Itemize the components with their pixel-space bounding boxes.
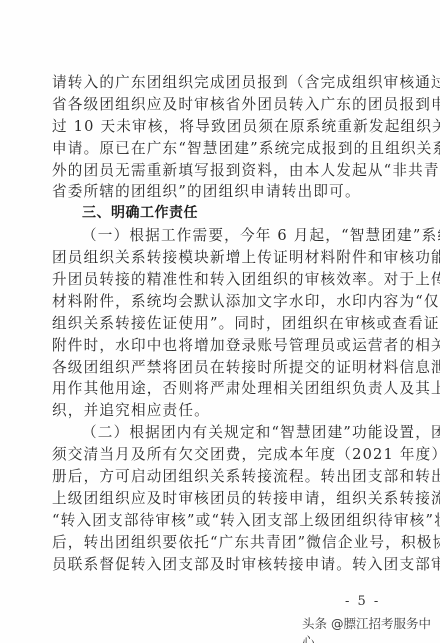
- text-line: 外的团员无需重新填写报到资料，由本人发起从“非共青团广东: [52, 160, 396, 182]
- paragraph-2-line: 上级团组织应及时审核团员的转接申请，组织关系转接流程进入: [52, 488, 396, 510]
- paragraph-2-line: 后，转出团组织要依托“广东共青团”微信企业号，积极协助团: [52, 532, 396, 554]
- page-number: - 5 -: [345, 594, 380, 609]
- paragraph-1-line: 升团员转接的精准性和转入团组织的审核效率。对于上传的证明: [52, 269, 396, 291]
- section-heading: 三、明确工作责任: [52, 203, 396, 225]
- text-line: 请转入的广东团组织完成团员报到（含完成组织审核通过）。全: [52, 72, 396, 94]
- text-line: 过 10 天未审核，将导致团员须在原系统重新发起组织关系转接: [52, 116, 396, 138]
- paragraph-1-line: （一）根据工作需要，今年 6 月起，“智慧团建”系统将在: [52, 225, 396, 247]
- document-body: 请转入的广东团组织完成团员报到（含完成组织审核通过）。全 省各级团组织应及时审核…: [52, 72, 396, 575]
- document-page: 请转入的广东团组织完成团员报到（含完成组织审核通过）。全 省各级团组织应及时审核…: [0, 0, 440, 643]
- paragraph-1-line: 用作其他用途，否则将严肃处理相关团组织负责人及其上级团组: [52, 378, 396, 400]
- source-watermark: 头条 @膘江招考服务中心: [302, 614, 440, 643]
- paragraph-1-line: 附件时，水印中也将增加登录账号管理员或运营者的相关信息。: [52, 335, 396, 357]
- paragraph-1-line: 各级团组织严禁将团员在转接时所提交的证明材料信息泄露或: [52, 357, 396, 379]
- paragraph-1-line: 团员组织关系转接模块新增上传证明材料附件和审核功能，以提: [52, 247, 396, 269]
- paragraph-1-line: 组织关系转接佐证使用”。同时，团组织在审核或查看证明材料: [52, 313, 396, 335]
- text-line: 省各级团组织应及时审核省外团员转入广东的团员报到申请，超: [52, 94, 396, 116]
- paragraph-2-line: “转入团支部待审核”或“转入团支部上级团组织待审核”状态: [52, 510, 396, 532]
- paragraph-2-line: 册后，方可启动团组织关系转接流程。转出团支部和转出团支部: [52, 466, 396, 488]
- paragraph-2-line: 员联系督促转入团支部及时审核转接申请。转入团支部审核同意: [52, 554, 396, 576]
- paragraph-1-line: 织，并追究相应责任。: [52, 400, 396, 422]
- text-line: 省委所辖的团组织”的团组织申请转出即可。: [52, 181, 396, 203]
- paragraph-1-line: 材料附件，系统均会默认添加文字水印，水印内容为“仅供团员: [52, 291, 396, 313]
- paragraph-2-line: （二）根据团内有关规定和“智慧团建”功能设置，团员必: [52, 422, 396, 444]
- paragraph-2-line: 须交清当月及所有欠交团费，完成本年度（2021 年度）团籍注: [52, 444, 396, 466]
- text-line: 申请。原已在广东“智慧团建”系统完成报到的且组织关系在省: [52, 138, 396, 160]
